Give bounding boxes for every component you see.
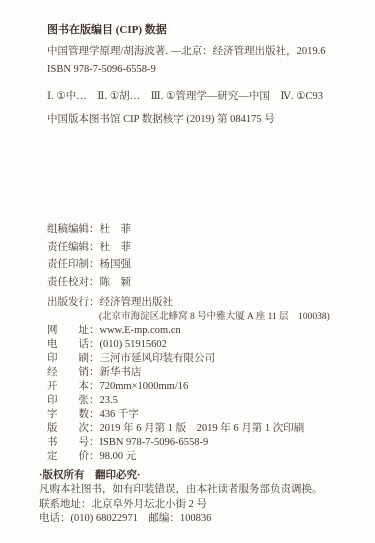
pub-label: 书 号：: [47, 437, 100, 448]
pub-row-book-number: 书 号：ISBN 978-7-5096-6558-9: [47, 436, 357, 450]
editor-row-responsible: 责任编辑：杜 菲: [47, 239, 357, 257]
pub-value: (北京市海淀区北蜂窝 8 号中雅大厦 A 座 11 层 100038): [99, 312, 330, 322]
contact-phone-postcode-line: 电话：(010) 68022971 邮编：100836: [39, 512, 357, 527]
pub-row-phone: 电 话：(010) 51915602: [47, 338, 357, 352]
pub-row-edition: 版 次：2019 年 6 月第 1 版 2019 年 6 月第 1 次印刷: [47, 422, 357, 436]
pub-label: 字 数：: [47, 409, 100, 420]
cip-isbn-line: ISBN 978-7-5096-6558-9: [47, 63, 357, 76]
pub-row-publisher: 出版发行：经济管理出版社: [47, 296, 357, 310]
contact-address-line: 联系地址：北京阜外月坛北小街 2 号: [39, 498, 357, 513]
copyright-exchange-line: 凡购本社图书，如有印装错误，由本社读者服务部负责调换。: [39, 483, 357, 498]
pub-label: 出版发行：: [47, 297, 100, 308]
pub-row-word-count: 字 数：436 千字: [47, 408, 357, 422]
pub-value: 三河市延风印装有限公司: [100, 353, 216, 364]
pub-value: 经济管理出版社: [100, 297, 174, 308]
editor-name: 杜 菲: [100, 224, 132, 235]
pub-value: 23.5: [100, 395, 118, 406]
copyright-block: ·版权所有 翻印必究· 凡购本社图书，如有印装错误，由本社读者服务部负责调换。 …: [39, 468, 357, 527]
cip-title-author-line: 中国管理学原理/胡海波著. —北京：经济管理出版社，2019.6: [47, 45, 357, 58]
pub-label: 网 址：: [47, 325, 100, 336]
pub-row-website: 网 址：www.E-mp.com.cn: [47, 324, 357, 338]
pub-value: 436 千字: [100, 409, 139, 420]
pub-value: www.E-mp.com.cn: [100, 325, 181, 336]
pub-value: (010) 51915602: [100, 339, 167, 350]
pub-label: 印 张：: [47, 395, 100, 406]
editor-role-label: 责任编辑：: [47, 242, 100, 253]
cip-block: 图书在版编目 (CIP) 数据 中国管理学原理/胡海波著. —北京：经济管理出版…: [47, 24, 357, 126]
editor-row-proofreading: 责任校对：陈 颖: [47, 274, 357, 292]
editor-role-label: 责任印制：: [47, 259, 100, 270]
cip-heading: 图书在版编目 (CIP) 数据: [47, 24, 357, 37]
pub-row-format: 开 本：720mm×1000mm/16: [47, 380, 357, 394]
pub-value: ISBN 978-7-5096-6558-9: [100, 437, 209, 448]
pub-value: 720mm×1000mm/16: [100, 381, 189, 392]
pub-value: 新华书店: [100, 367, 142, 378]
pub-value: 2019 年 6 月第 1 版 2019 年 6 月第 1 次印刷: [100, 423, 305, 434]
pub-row-publisher-address: (北京市海淀区北蜂窝 8 号中雅大厦 A 座 11 层 100038): [47, 310, 357, 324]
editor-row-commissioning: 组稿编辑：杜 菲: [47, 221, 357, 239]
publication-info-block: 出版发行：经济管理出版社 (北京市海淀区北蜂窝 8 号中雅大厦 A 座 11 层…: [47, 296, 357, 464]
editor-role-label: 责任校对：: [47, 277, 100, 288]
copyright-notice: ·版权所有 翻印必究·: [39, 468, 357, 483]
pub-label: 定 价：: [47, 451, 100, 462]
pub-label: 开 本：: [47, 381, 100, 392]
pub-value: 98.00 元: [100, 451, 137, 462]
cip-classification-line: Ⅰ. ①中… Ⅱ. ①胡… Ⅲ. ①管理学—研究—中国 Ⅳ. ①C93: [47, 90, 357, 103]
pub-label: 印 刷：: [47, 353, 100, 364]
pub-label: 版 次：: [47, 423, 100, 434]
book-copyright-page: 图书在版编目 (CIP) 数据 中国管理学原理/胡海波著. —北京：经济管理出版…: [0, 0, 375, 543]
editor-row-printing: 责任印制：杨国强: [47, 256, 357, 274]
editor-name: 杜 菲: [100, 242, 132, 253]
editor-name: 陈 颖: [100, 277, 132, 288]
pub-label: 经 销：: [47, 367, 100, 378]
pub-row-distributor: 经 销：新华书店: [47, 366, 357, 380]
cip-record-number-line: 中国版本图书馆 CIP 数据核字 (2019) 第 084175 号: [47, 113, 357, 126]
pub-row-price: 定 价：98.00 元: [47, 450, 357, 464]
editor-role-label: 组稿编辑：: [47, 224, 100, 235]
pub-row-sheets: 印 张：23.5: [47, 394, 357, 408]
pub-label: 电 话：: [47, 339, 100, 350]
pub-row-printer: 印 刷：三河市延风印装有限公司: [47, 352, 357, 366]
page-content: 图书在版编目 (CIP) 数据 中国管理学原理/胡海波著. —北京：经济管理出版…: [0, 0, 375, 527]
editor-name: 杨国强: [100, 259, 132, 270]
editors-block: 组稿编辑：杜 菲 责任编辑：杜 菲 责任印制：杨国强 责任校对：陈 颖: [47, 221, 357, 291]
